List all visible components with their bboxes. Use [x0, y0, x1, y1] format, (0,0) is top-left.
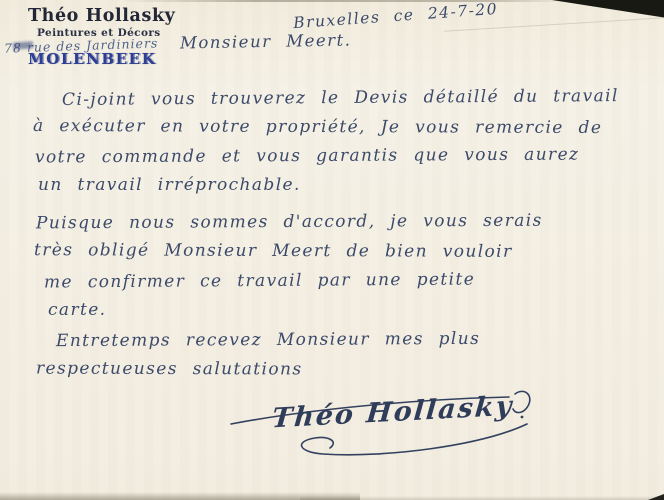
- body-line: très obligé Monsieur Meert de bien voulo…: [34, 240, 513, 262]
- body-line: Entretemps recevez Monsieur mes plus: [56, 329, 480, 351]
- body-line: Puisque nous sommes d'accord, je vous se…: [36, 211, 543, 234]
- scanned-letter: Théo Hollasky Peintures et Décors 78 rue…: [0, 0, 664, 500]
- scan-corner-shadow: [552, 0, 664, 19]
- letterhead-city-stamp: MOLENBEEK: [28, 50, 156, 68]
- body-line: me confirmer ce travail par une petite: [44, 269, 475, 292]
- body-line: un travail irréprochable.: [38, 175, 301, 195]
- bottom-edge-smudge-right: [300, 496, 664, 500]
- paper-top-edge-shadow: [120, 0, 570, 2]
- ink-smudge: [13, 41, 33, 49]
- body-line: Ci-joint vous trouverez le Devis détaill…: [62, 86, 619, 110]
- letterhead-name: Théo Hollasky: [28, 6, 175, 26]
- dateline: Bruxelles ce 24-7-20: [293, 0, 499, 32]
- body-line: respectueuses salutations: [36, 359, 303, 380]
- paper-crease: [444, 17, 664, 31]
- body-line: carte.: [48, 300, 106, 320]
- salutation: Monsieur Meert.: [180, 31, 352, 53]
- body-line: votre commande et vous garantis que vous…: [35, 145, 579, 168]
- body-line: à exécuter en votre propriété, Je vous r…: [33, 116, 602, 138]
